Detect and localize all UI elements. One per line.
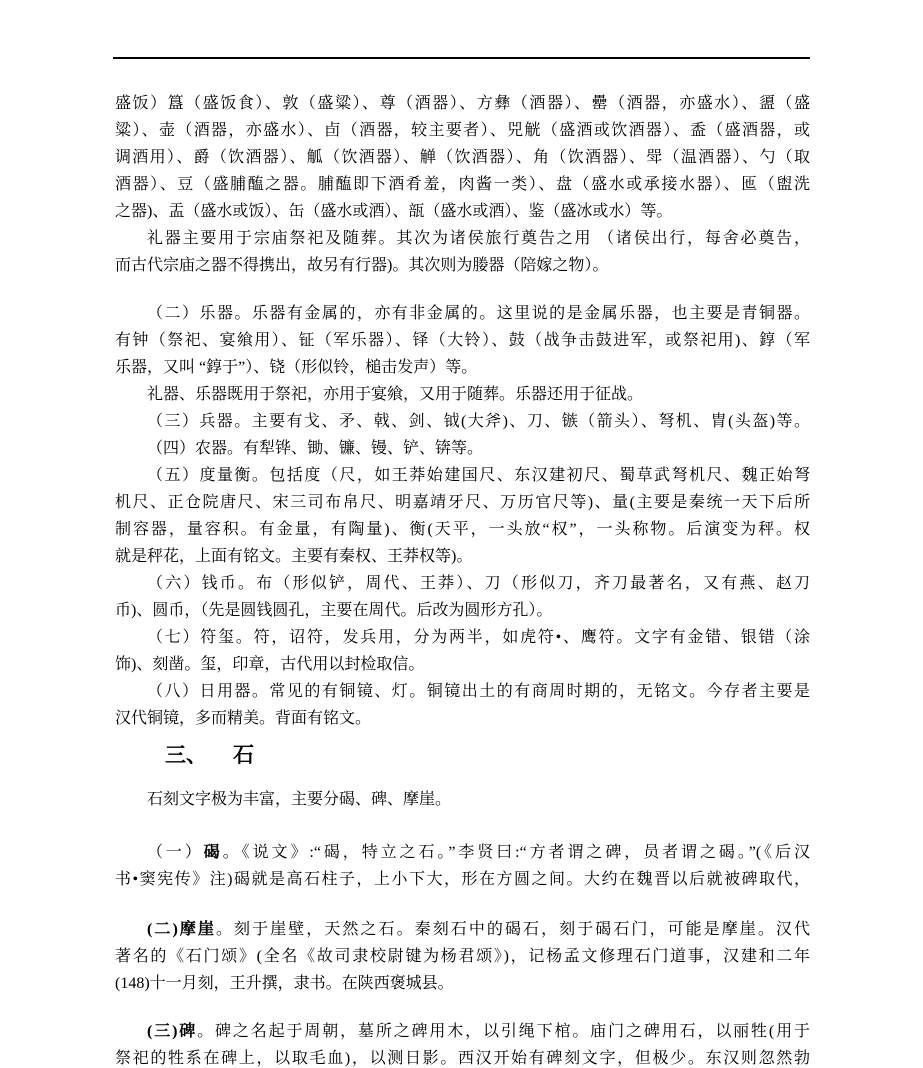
text-line: 而古代宗庙之器不得携出，故另有行器)。其次则为媵器（陪嫁之物）。 <box>115 252 810 279</box>
section-title: 石 <box>233 743 254 767</box>
text-line: 汉代铜镜，多而精美。背面有铭文。 <box>115 705 810 732</box>
text-line: 币)、圆币，（先是圆钱圆孔，主要在周代。后改为圆形方孔）。 <box>115 597 810 624</box>
text-line: （六）钱币。布（形似铲，周代、王莽）、刀（形似刀，齐刀最著名，又有燕、赵刀 <box>115 570 810 597</box>
section-number: 三、 <box>165 743 207 767</box>
text-line: 盛饭）簋（盛饭食）、敦（盛粱）、尊（酒器）、方彝（酒器）、罍（酒器，亦盛水）、盨… <box>115 90 810 117</box>
text-line: (148)十一月刻，王升撰，隶书。在陕西褒城县。 <box>115 970 810 997</box>
term-bold: 碣 <box>204 844 223 861</box>
text-line: （七）符玺。符，诏符，发兵用，分为两半，如虎符•、鹰符。文字有金错、银错（涂 <box>115 624 810 651</box>
text-line: 之器)、盂（盛水或饭）、缶（盛水或酒）、瓿（盛水或酒）、鉴（盛冰或水）等。 <box>115 198 810 225</box>
text-line: 饰)、刻凿。玺，印章，古代用以封检取信。 <box>115 651 810 678</box>
document-page: 盛饭）簋（盛饭食）、敦（盛粱）、尊（酒器）、方彝（酒器）、罍（酒器，亦盛水）、盨… <box>0 0 923 1068</box>
document-body: 盛饭）簋（盛饭食）、敦（盛粱）、尊（酒器）、方彝（酒器）、罍（酒器，亦盛水）、盨… <box>115 90 810 1068</box>
text-line: （五）度量衡。包括度（尺，如王莽始建国尺、东汉建初尺、蜀草武弩机尺、魏正始弩 <box>115 462 810 489</box>
text-line: 制容器，量容积。有金量，有陶量)、衡(天平，一头放“权”，一头称物。后演变为秤。… <box>115 516 810 543</box>
text-line: （二）乐器。乐器有金属的，亦有非金属的。这里说的是金属乐器，也主要是青铜器。 <box>115 300 810 327</box>
text-line: 机尺、正仓院唐尺、宋三司布帛尺、明嘉靖牙尺、万历官尺等)、量(主要是秦统一天下后… <box>115 489 810 516</box>
text-line: 祭祀的牲系在碑上，以取毛血)，以测日影。西汉开始有碑刻文字，但极少。东汉则忽然勃 <box>115 1045 810 1068</box>
text-line: 粱）、壶（酒器，亦盛水）、卣（酒器，较主要者）、兕觥（盛酒或饮酒器）、盉（盛酒器… <box>115 117 810 144</box>
text-line: 著名的《石门颂》(全名《故司隶校尉键为杨君颂》)，记杨孟文修理石门道事，汉建和二… <box>115 943 810 970</box>
line-text: 。刻于崖壁，天然之石。秦刻石中的碣石，刻于碣石门，可能是摩崖。汉代 <box>216 921 810 938</box>
text-line: (三)碑。碑之名起于周朝，墓所之碑用木，以引绳下棺。庙门之碑用石，以丽牲(用于 <box>115 1018 810 1045</box>
text-line: 石刻文字极为丰富，主要分碣、碑、摩崖。 <box>115 786 810 813</box>
text-line: （一）碣。《说文》:“碣，特立之石。”李贤曰:“方者谓之碑，员者谓之碣。”(《后… <box>115 839 810 866</box>
term-bold: (二)摩崖 <box>147 921 216 938</box>
text-line: 有钟（祭祀、宴飨用）、钲（军乐器）、铎（大铃）、鼓（战争击鼓进军，或祭祀用)、錞… <box>115 327 810 354</box>
line-text: 。碑之名起于周朝，墓所之碑用木，以引绳下棺。庙门之碑用石，以丽牲(用于 <box>197 1023 810 1040</box>
text-line: 酒器）、豆（盛脯醢之器。脯醢即下酒肴羞，肉酱一类）、盘（盛水或承接水器）、匜（盥… <box>115 171 810 198</box>
text-line: 礼器主要用于宗庙祭祀及随葬。其次为诸侯旅行奠告之用 （诸侯出行，每舍必奠告， <box>115 225 810 252</box>
text-line: 就是秤花，上面有铭文。主要有秦权、王莽权等)。 <box>115 543 810 570</box>
line-text: 。《说文》:“碣，特立之石。”李贤曰:“方者谓之碑，员者谓之碣。”(《后汉 <box>223 844 810 861</box>
header-rule <box>113 57 810 59</box>
text-line: （八）日用器。常见的有铜镜、灯。铜镜出土的有商周时期的，无铭文。今存者主要是 <box>115 678 810 705</box>
list-label: （一） <box>147 844 204 861</box>
text-line: （三）兵器。主要有戈、矛、戟、剑、钺(大斧)、刀、镞（箭头）、弩机、胄(头盔)等… <box>115 408 810 435</box>
text-line: （四）农器。有犁铧、锄、镰、镘、铲、锛等。 <box>115 435 810 462</box>
text-line: 乐器，又叫 “錞于”）、铙（形似铃，槌击发声）等。 <box>115 354 810 381</box>
text-line: 礼器、乐器既用于祭祀，亦用于宴飨，又用于随葬。乐器还用于征战。 <box>115 381 810 408</box>
section-heading: 三、石 <box>115 740 810 770</box>
text-line: (二)摩崖。刻于崖壁，天然之石。秦刻石中的碣石，刻于碣石门，可能是摩崖。汉代 <box>115 916 810 943</box>
text-line: 调酒用）、爵（饮酒器）、觚（饮酒器）、觯（饮酒器）、角（饮酒器）、斝（温酒器）、… <box>115 144 810 171</box>
text-line: 书•窦宪传》注)碣就是高石柱子，上小下大，形在方圆之间。大约在魏晋以后就被碑取代… <box>115 866 810 893</box>
term-bold: (三)碑 <box>147 1023 197 1040</box>
